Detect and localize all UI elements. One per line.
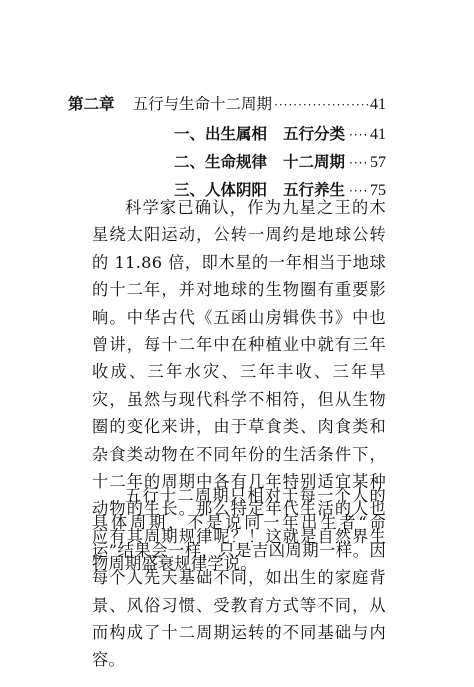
section-page-number: 57 [370, 154, 386, 172]
chapter-label: 第二章 [68, 92, 115, 114]
section-label: 二、生命规律 [174, 150, 267, 172]
toc-chapter-entry: 第二章 五行与生命十二周期 41 [68, 92, 386, 114]
section-label: 一、出生属相 [174, 122, 267, 144]
leader-dots [349, 156, 366, 170]
section-title: 十二周期 [283, 150, 345, 172]
section-page-number: 41 [370, 126, 386, 144]
toc-section-entry: 二、生命规律 十二周期 57 [174, 150, 386, 172]
leader-dots [274, 98, 368, 112]
chapter-page-number: 41 [370, 96, 386, 114]
leader-dots [349, 128, 366, 142]
body-paragraph: 五行十二周期只相对于每一个人的具体周期，不是说同一年出生者“命运”结果会一样，只… [92, 482, 386, 674]
chapter-title: 五行与生命十二周期 [133, 92, 273, 114]
toc-section-entry: 一、出生属相 五行分类 41 [174, 122, 386, 144]
section-title: 五行分类 [283, 122, 345, 144]
book-page: 第二章 五行与生命十二周期 41 一、出生属相 五行分类 41 二、生命规律 十… [0, 0, 474, 687]
